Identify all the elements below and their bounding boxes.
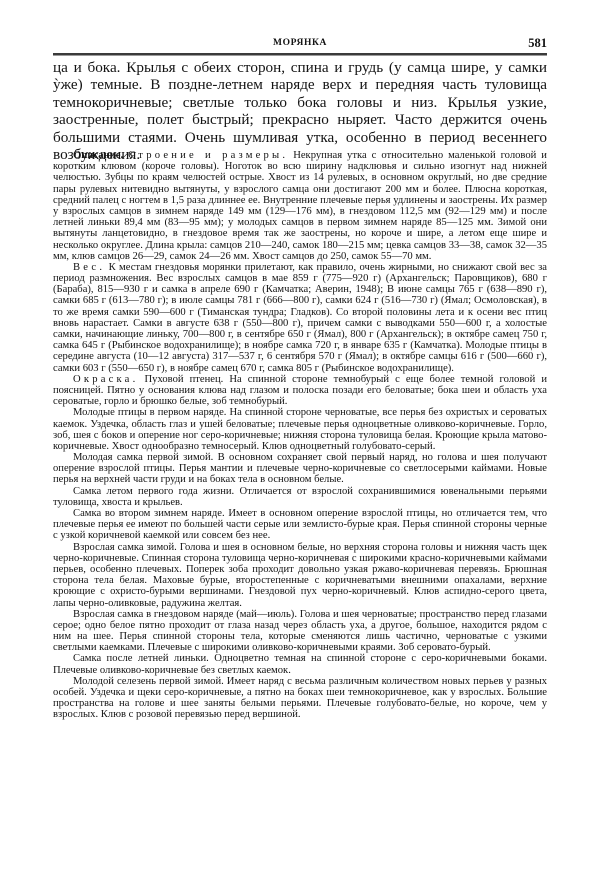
paragraph-female-second-winter: Самка во втором зимнем наряде. Имеет в о… — [53, 508, 547, 542]
running-head: МОРЯНКА 581 — [53, 37, 547, 51]
coloration-subhead: Окраска. — [73, 374, 138, 385]
paragraph-young-drake-winter: Молодой селезень первой зимой. Имеет нар… — [53, 676, 547, 721]
lead-paragraph: ца и бока. Крылья с обеих сторон, спина … — [53, 59, 547, 163]
body-text: Описание. Строение и размеры. Некрупная … — [53, 150, 547, 721]
description-section: Описание. Строение и размеры. Некрупная … — [53, 150, 547, 262]
weight-subhead: Вес. — [73, 262, 105, 273]
header-rule — [53, 53, 547, 56]
lead-text: ца и бока. Крылья с обеих сторон, спина … — [53, 59, 547, 163]
running-title: МОРЯНКА — [53, 38, 547, 48]
paragraph-female-first-summer: Самка летом первого года жизни. Отличает… — [53, 486, 547, 508]
paragraph-juvenile: Молодые птицы в первом наряде. На спинно… — [53, 407, 547, 452]
description-label: Описание. — [73, 150, 123, 161]
description-subhead: Строение и размеры. — [128, 150, 288, 161]
weight-text: К местам гнездовья морянки прилетают, ка… — [53, 262, 547, 374]
paragraph-young-female-winter: Молодая самка первой зимой. В основном с… — [53, 452, 547, 486]
coloration-section: Окраска. Пуховой птенец. На спинной стор… — [53, 374, 547, 408]
weight-section: Вес. К местам гнездовья морянки прилетаю… — [53, 262, 547, 374]
paragraph-adult-female-winter: Взрослая самка зимой. Голова и шея в осн… — [53, 542, 547, 609]
paragraph-female-post-molt: Самка после летней линьки. Одноцветно те… — [53, 653, 547, 675]
description-text: Некрупная утка с относительно маленькой … — [53, 150, 547, 262]
paragraph-adult-female-breeding: Взрослая самка в гнездовом наряде (май—и… — [53, 609, 547, 654]
page-number: 581 — [528, 36, 547, 51]
